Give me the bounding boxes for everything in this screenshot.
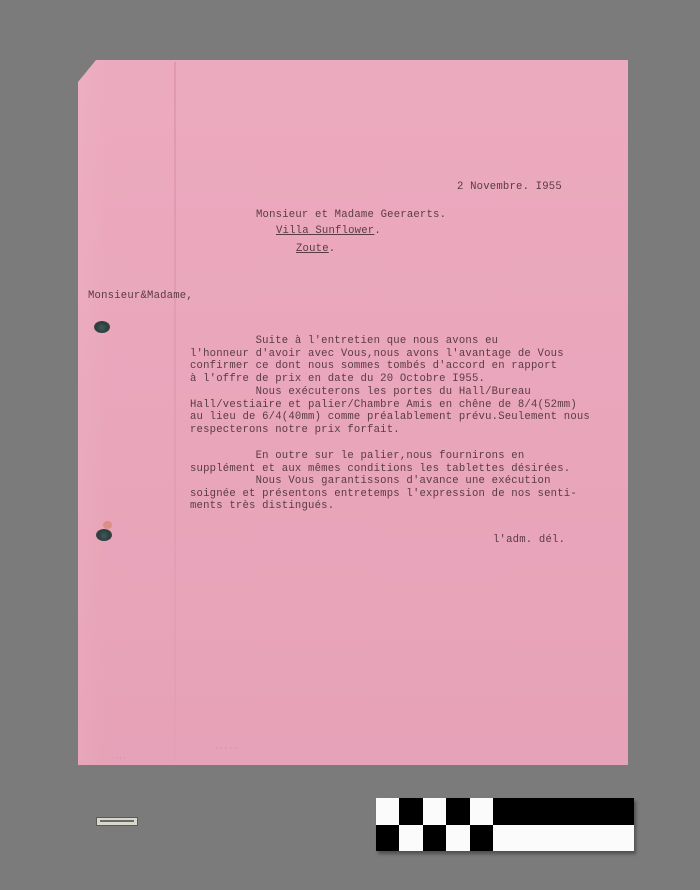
label-barcode (100, 820, 134, 822)
calibration-patch-black (470, 825, 493, 852)
recipient-villa-name: Villa Sunflower (276, 225, 374, 237)
calibration-patch-white (376, 798, 399, 825)
faint-pencil-mark: ···· (110, 755, 127, 763)
paragraph-3: En outre sur le palier,nous fournirons e… (190, 450, 570, 475)
archive-label (96, 817, 138, 826)
paragraph-1: Suite à l'entretien que nous avons eu l'… (190, 335, 564, 385)
recipient-villa: Villa Sunflower. (276, 225, 381, 238)
punch-hole-top (94, 321, 110, 333)
calibration-patch-white (493, 825, 634, 852)
recipient-town-name: Zoute (296, 243, 329, 255)
calibration-patch-black (376, 825, 399, 852)
paragraph-2: Nous exécuterons les portes du Hall/Bure… (190, 386, 590, 436)
calibration-strip (376, 798, 634, 851)
calibration-patch-white (446, 825, 469, 852)
salutation: Monsieur&Madame, (88, 290, 193, 303)
rust-stain (103, 521, 112, 529)
calibration-patch-black (423, 825, 446, 852)
punch-hole-bottom (96, 529, 112, 541)
calibration-patch-white (423, 798, 446, 825)
calibration-patch-black (493, 798, 634, 825)
punctuation: . (329, 243, 336, 255)
paragraph-4: Nous Vous garantissons d'avance une exéc… (190, 475, 577, 513)
punctuation: . (374, 225, 381, 237)
faint-pencil-mark: ····· (214, 744, 238, 753)
calibration-patch-black (446, 798, 469, 825)
calibration-patch-white (470, 798, 493, 825)
recipient-town: Zoute. (296, 243, 335, 256)
signature: l'adm. dél. (493, 534, 565, 547)
paper-fold-line (174, 62, 176, 762)
letter-date: 2 Novembre. I955 (457, 181, 562, 194)
calibration-patch-white (399, 825, 422, 852)
calibration-patch-black (399, 798, 422, 825)
recipient-name: Monsieur et Madame Geeraerts. (256, 209, 446, 222)
